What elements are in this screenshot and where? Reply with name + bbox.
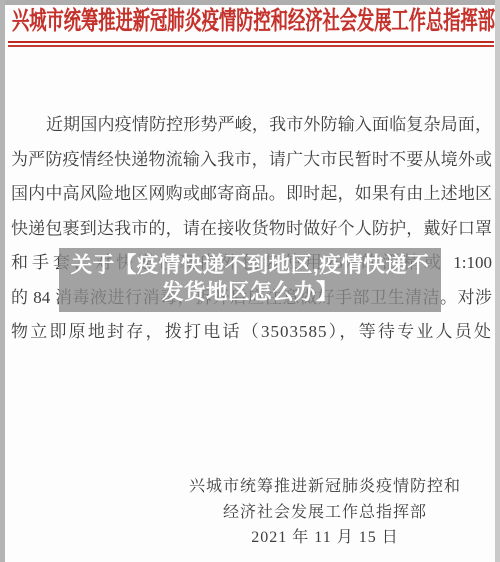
- letterhead-rule-thick: [8, 41, 494, 44]
- title-overlay-caption: 关于【疫情快递不到地区,疫情快递不 发货地区怎么办】: [59, 248, 441, 312]
- scan-edge-top: [0, 0, 500, 5]
- signature-date: 2021 年 11 月 15 日: [140, 525, 500, 551]
- body-line: 国内中高风险地区网购或邮寄商品。即时起，如果有由上述地区: [11, 177, 492, 212]
- notice-body: 近期国内疫情防控形势严峻，我市外防输入面临复杂局面， 为严防疫情经快递物流输入我…: [11, 108, 492, 350]
- letterhead-title: 兴城市统筹推进新冠肺炎疫情防控和经济社会发展工作总指挥部: [12, 7, 488, 37]
- signature-org-line2: 经济社会发展工作总指挥部: [140, 500, 500, 526]
- scan-edge-left: [0, 0, 5, 562]
- body-line: 快递包裹到达我市的，请在接收货物时做好个人防护，戴好口罩: [11, 212, 492, 247]
- body-line: 物立即原地封存，拨打电话（3503585），等待专业人员处置。: [11, 315, 492, 350]
- overlay-caption-line1: 关于【疫情快递不到地区,疫情快递不: [59, 252, 441, 279]
- letterhead-rule-thin: [8, 45, 494, 47]
- signature-block: 兴城市统筹推进新冠肺炎疫情防控和 经济社会发展工作总指挥部 2021 年 11 …: [140, 474, 500, 551]
- scanned-notice-page: 兴城市统筹推进新冠肺炎疫情防控和经济社会发展工作总指挥部 近期国内疫情防控形势严…: [0, 0, 500, 562]
- overlay-caption-line2: 发货地区怎么办】: [59, 279, 441, 306]
- body-line: 近期国内疫情防控形势严峻，我市外防输入面临复杂局面，: [11, 108, 492, 143]
- body-line: 为严防疫情经快递物流输入我市，请广大市民暂时不要从境外或: [11, 143, 492, 178]
- signature-org-line1: 兴城市统筹推进新冠肺炎疫情防控和: [140, 474, 500, 500]
